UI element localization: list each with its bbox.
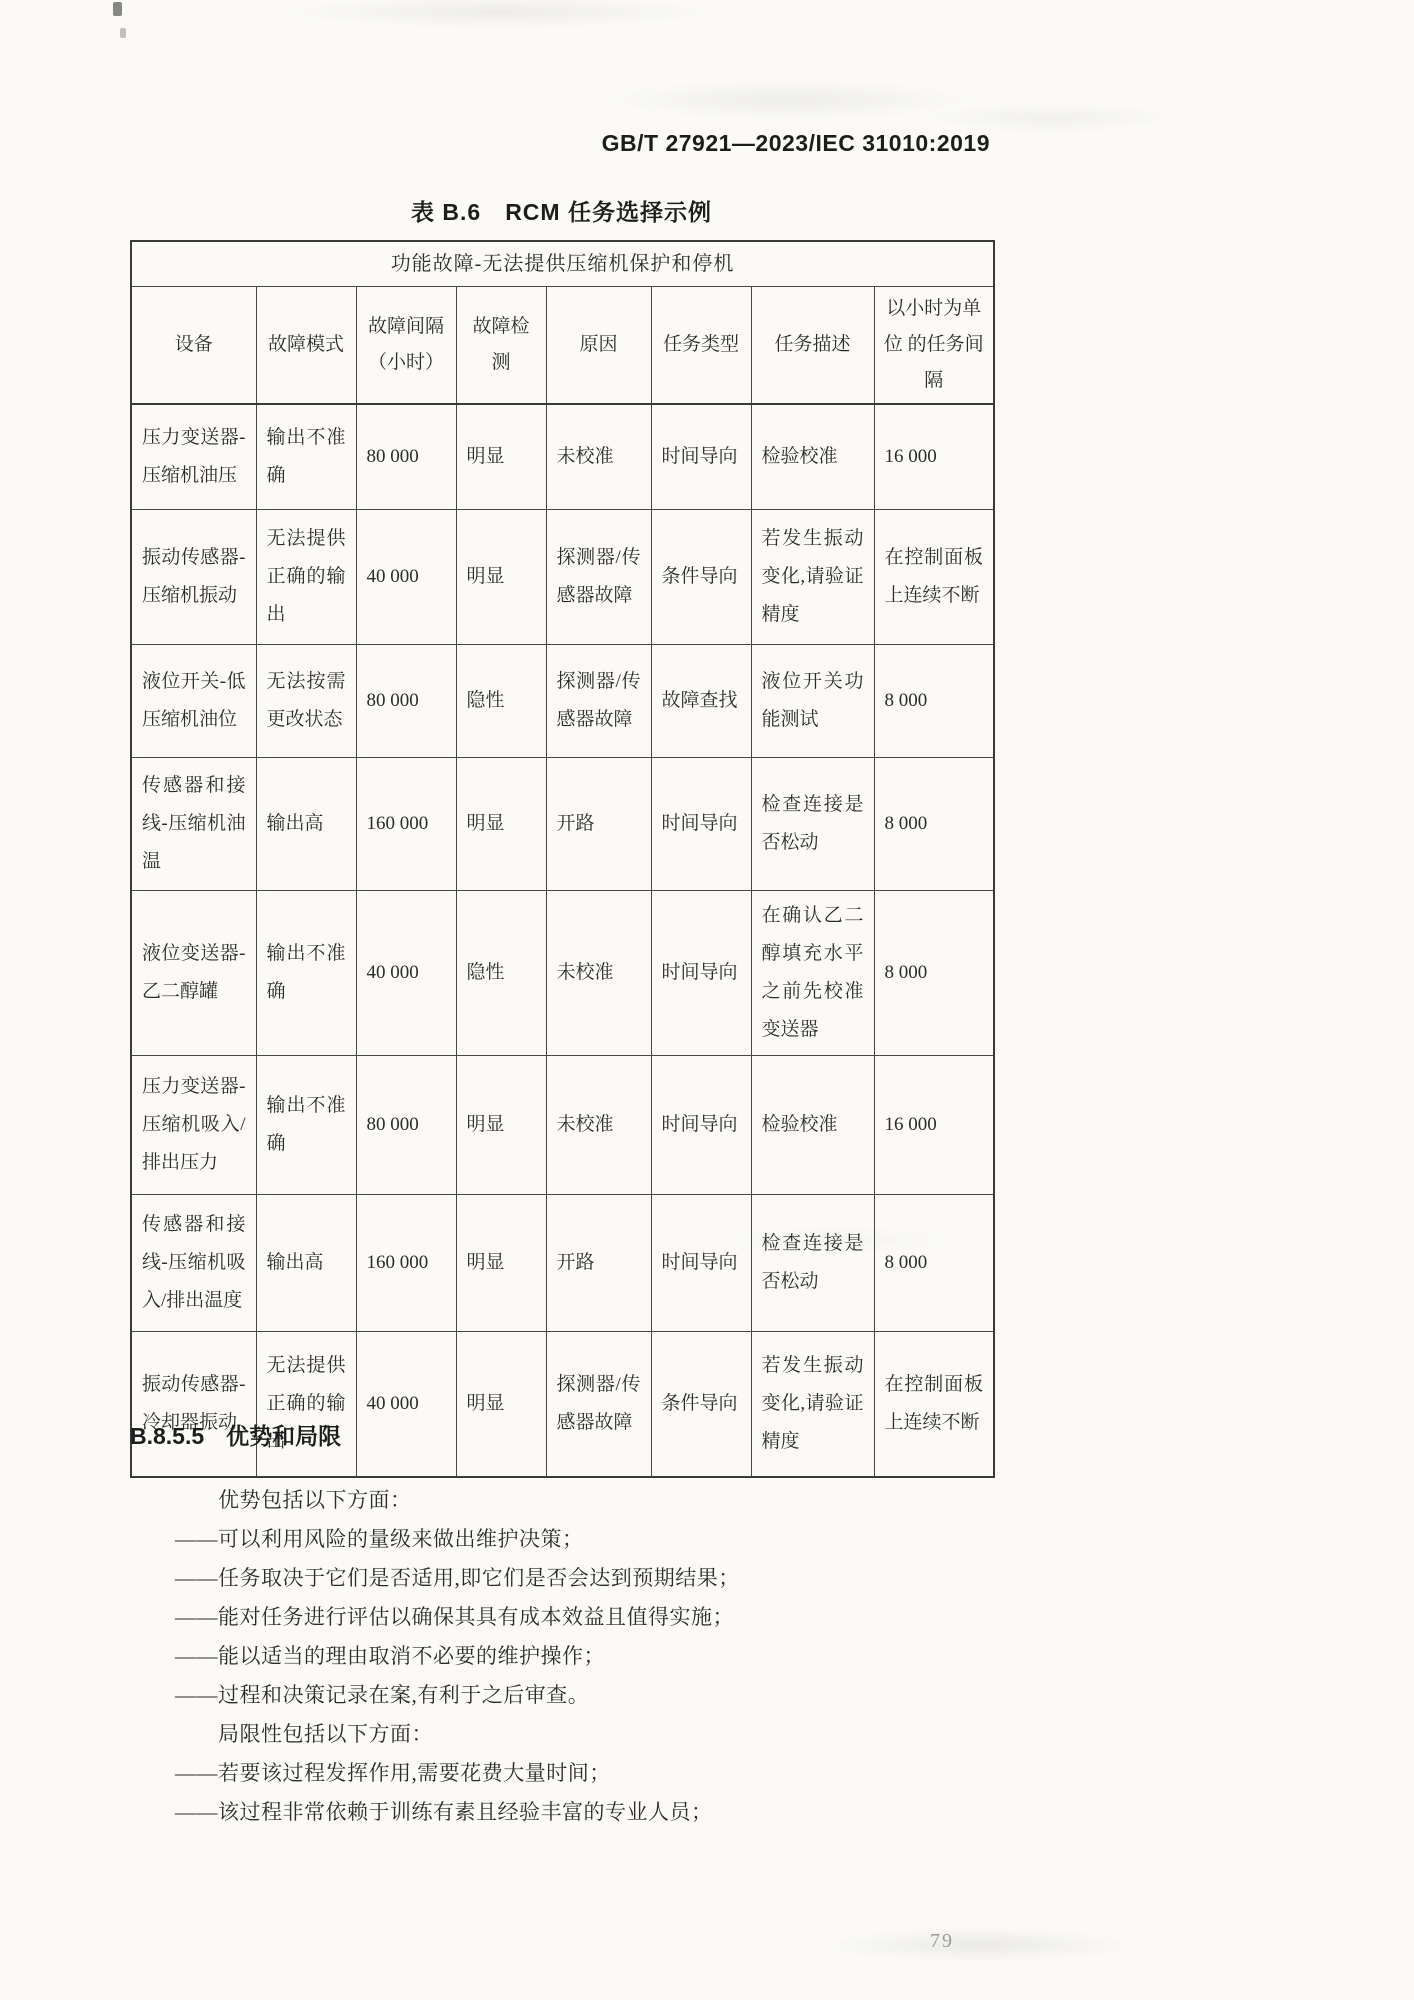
table-cell: 40 000 [356, 891, 456, 1056]
scan-artifact [113, 2, 122, 16]
table-cell: 开路 [546, 758, 651, 891]
rcm-task-selection-table: 功能故障-无法提供压缩机保护和停机 设备 故障模式 故障间隔 （小时） 故障检测… [130, 240, 995, 1478]
column-header: 设备 [131, 287, 256, 405]
section-b855: B.8.5.5优势和局限 优势包括以下方面： ——可以利用风险的量级来做出维护决… [130, 1418, 1040, 1832]
table-cell: 输出不准确 [256, 1056, 356, 1195]
list-item: ——任务取决于它们是否适用,即它们是否会达到预期结果； [130, 1559, 1040, 1598]
table-row: 压力变送器-压缩机吸入/排出压力 输出不准确 80 000 明显 未校准 时间导… [131, 1056, 994, 1195]
table-title: 表 B.6 RCM 任务选择示例 [130, 194, 993, 227]
table-cell: 探测器/传感器故障 [546, 510, 651, 645]
table-cell: 时间导向 [651, 1195, 751, 1332]
table-cell: 液位开关功能测试 [751, 645, 874, 758]
table-cell: 压力变送器-压缩机吸入/排出压力 [131, 1056, 256, 1195]
table-cell: 输出不准确 [256, 404, 356, 510]
table-cell: 压力变送器-压缩机油压 [131, 404, 256, 510]
table-cell: 在确认乙二醇填充水平之前先校准变送器 [751, 891, 874, 1056]
table-cell: 在控制面板上连续不断 [874, 510, 994, 645]
table-cell: 液位变送器-乙二醇罐 [131, 891, 256, 1056]
column-header: 故障间隔 （小时） [356, 287, 456, 405]
table-cell: 未校准 [546, 891, 651, 1056]
table-cell: 传感器和接线-压缩机吸入/排出温度 [131, 1195, 256, 1332]
table-cell: 8 000 [874, 758, 994, 891]
table-row: 压力变送器-压缩机油压 输出不准确 80 000 明显 未校准 时间导向 检验校… [131, 404, 994, 510]
table-cell: 隐性 [456, 645, 546, 758]
table-cell: 80 000 [356, 1056, 456, 1195]
table-cell: 80 000 [356, 645, 456, 758]
table-cell: 未校准 [546, 404, 651, 510]
table-cell: 探测器/传感器故障 [546, 645, 651, 758]
table-cell: 明显 [456, 1056, 546, 1195]
column-header: 故障模式 [256, 287, 356, 405]
table-cell: 无法提供正确的输出 [256, 510, 356, 645]
paragraph: 局限性包括以下方面： [130, 1715, 1040, 1754]
table-cell: 8 000 [874, 891, 994, 1056]
table-cell: 160 000 [356, 758, 456, 891]
table-cell: 液位开关-低压缩机油位 [131, 645, 256, 758]
table-span-header-row: 功能故障-无法提供压缩机保护和停机 [131, 241, 994, 287]
list-item: ——可以利用风险的量级来做出维护决策； [130, 1520, 1040, 1559]
table-cell: 8 000 [874, 645, 994, 758]
list-item: ——若要该过程发挥作用,需要花费大量时间； [130, 1754, 1040, 1793]
table-cell: 输出高 [256, 1195, 356, 1332]
list-item: ——能以适当的理由取消不必要的维护操作； [130, 1637, 1040, 1676]
table-cell: 开路 [546, 1195, 651, 1332]
table-cell: 检查连接是否松动 [751, 1195, 874, 1332]
page-number: 79 [930, 1930, 954, 1953]
column-header: 以小时为单位 的任务间隔 [874, 287, 994, 405]
table-cell: 检查连接是否松动 [751, 758, 874, 891]
table-cell: 若发生振动变化,请验证精度 [751, 510, 874, 645]
table-cell: 明显 [456, 404, 546, 510]
table-cell: 时间导向 [651, 1056, 751, 1195]
section-heading: B.8.5.5优势和局限 [130, 1418, 1040, 1451]
table-row: 振动传感器-压缩机振动 无法提供正确的输出 40 000 明显 探测器/传感器故… [131, 510, 994, 645]
table-cell: 明显 [456, 1195, 546, 1332]
table-cell: 检验校准 [751, 404, 874, 510]
table-cell: 故障查找 [651, 645, 751, 758]
table-header-row: 设备 故障模式 故障间隔 （小时） 故障检测 原因 任务类型 任务描述 以小时为… [131, 287, 994, 405]
table-cell: 明显 [456, 758, 546, 891]
table-row: 液位变送器-乙二醇罐 输出不准确 40 000 隐性 未校准 时间导向 在确认乙… [131, 891, 994, 1056]
table-cell: 检验校准 [751, 1056, 874, 1195]
table-row: 液位开关-低压缩机油位 无法按需更改状态 80 000 隐性 探测器/传感器故障… [131, 645, 994, 758]
column-header: 原因 [546, 287, 651, 405]
document-standard-number: GB/T 27921—2023/IEC 31010:2019 [0, 130, 990, 157]
table-cell: 时间导向 [651, 758, 751, 891]
column-header: 任务类型 [651, 287, 751, 405]
table-cell: 输出不准确 [256, 891, 356, 1056]
scan-artifact [120, 28, 126, 38]
table-cell: 时间导向 [651, 891, 751, 1056]
table-cell: 40 000 [356, 510, 456, 645]
section-title: 优势和局限 [226, 1423, 341, 1449]
table-cell: 条件导向 [651, 510, 751, 645]
table-span-header: 功能故障-无法提供压缩机保护和停机 [131, 241, 994, 287]
table-cell: 隐性 [456, 891, 546, 1056]
table-cell: 明显 [456, 510, 546, 645]
table-cell: 传感器和接线-压缩机油温 [131, 758, 256, 891]
column-header: 故障检测 [456, 287, 546, 405]
table-cell: 8 000 [874, 1195, 994, 1332]
table-cell: 16 000 [874, 1056, 994, 1195]
paragraph: 优势包括以下方面： [130, 1481, 1040, 1520]
list-item: ——过程和决策记录在案,有利于之后审查。 [130, 1676, 1040, 1715]
list-item: ——该过程非常依赖于训练有素且经验丰富的专业人员； [130, 1793, 1040, 1832]
table-cell: 16 000 [874, 404, 994, 510]
table-cell: 未校准 [546, 1056, 651, 1195]
section-number: B.8.5.5 [130, 1423, 204, 1449]
table-cell: 80 000 [356, 404, 456, 510]
table-cell: 时间导向 [651, 404, 751, 510]
document-page: { "page": { "header": "GB/T 27921—2023/I… [0, 0, 1414, 2000]
table-cell: 振动传感器-压缩机振动 [131, 510, 256, 645]
table-row: 传感器和接线-压缩机吸入/排出温度 输出高 160 000 明显 开路 时间导向… [131, 1195, 994, 1332]
table-row: 传感器和接线-压缩机油温 输出高 160 000 明显 开路 时间导向 检查连接… [131, 758, 994, 891]
table-cell: 输出高 [256, 758, 356, 891]
column-header: 任务描述 [751, 287, 874, 405]
list-item: ——能对任务进行评估以确保其具有成本效益且值得实施； [130, 1598, 1040, 1637]
table-cell: 160 000 [356, 1195, 456, 1332]
table-cell: 无法按需更改状态 [256, 645, 356, 758]
